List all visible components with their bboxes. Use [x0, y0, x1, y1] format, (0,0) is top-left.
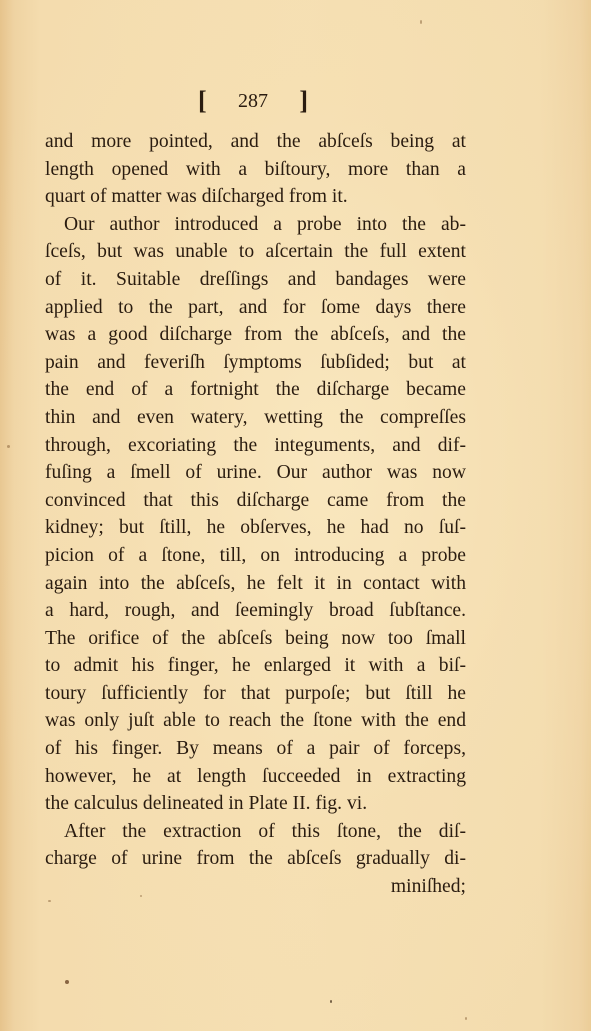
text-line: again into the abſceſs, he felt it in co… [45, 570, 466, 598]
text-line: length opened with a biſtoury, more than… [45, 156, 466, 184]
text-line: kidney; but ſtill, he obſerves, he had n… [45, 514, 466, 542]
paper-speck [420, 20, 422, 24]
text-line: to admit his finger, he enlarged it with… [45, 652, 466, 680]
text-line: picion of a ſtone, till, on introducing … [45, 542, 466, 570]
paper-speck [65, 980, 69, 984]
header-bracket-close: ] [299, 86, 308, 116]
paragraph-start-line: Our author introduced a probe into the a… [45, 211, 466, 239]
text-line: The orifice of the abſceſs being now too… [45, 625, 466, 653]
page-number: 287 [238, 90, 268, 113]
text-line: toury ſufficiently for that purpoſe; but… [45, 680, 466, 708]
text-line: the end of a fortnight the diſcharge bec… [45, 376, 466, 404]
text-line: the calculus delineated in Plate II. fig… [45, 790, 466, 818]
text-line: was a good diſcharge from the abſceſs, a… [45, 321, 466, 349]
text-line: thin and even watery, wetting the compre… [45, 404, 466, 432]
header-bracket-open: [ [198, 86, 207, 116]
text-line: charge of urine from the abſceſs gradual… [45, 845, 466, 873]
text-line: fuſing a ſmell of urine. Our author was … [45, 459, 466, 487]
text-line: convinced that this diſcharge came from … [45, 487, 466, 515]
page-header: [ 287 ] [198, 86, 308, 116]
paragraph-start-line: After the extraction of this ſtone, the … [45, 818, 466, 846]
text-line: quart of matter was diſcharged from it. [45, 183, 466, 211]
text-line: of it. Suitable dreſſings and bandages w… [45, 266, 466, 294]
text-line: however, he at length ſucceeded in extra… [45, 763, 466, 791]
page-body-text: and more pointed, and the abſceſs being … [45, 128, 466, 901]
paper-speck [330, 1000, 332, 1003]
text-line: ſceſs, but was unable to aſcertain the f… [45, 238, 466, 266]
text-line: a hard, rough, and ſeemingly broad ſubſt… [45, 597, 466, 625]
catchword-line: miniſhed; [45, 873, 466, 901]
text-line: was only juſt able to reach the ſtone wi… [45, 707, 466, 735]
text-line: applied to the part, and for ſome days t… [45, 294, 466, 322]
text-line: of his finger. By means of a pair of for… [45, 735, 466, 763]
text-line: through, excoriating the integuments, an… [45, 432, 466, 460]
text-line: pain and feveriſh ſymptoms ſubſided; but… [45, 349, 466, 377]
paper-speck [465, 1017, 467, 1020]
text-line: and more pointed, and the abſceſs being … [45, 128, 466, 156]
book-page: [ 287 ] and more pointed, and the abſceſ… [0, 0, 591, 1031]
paper-speck [7, 445, 10, 448]
